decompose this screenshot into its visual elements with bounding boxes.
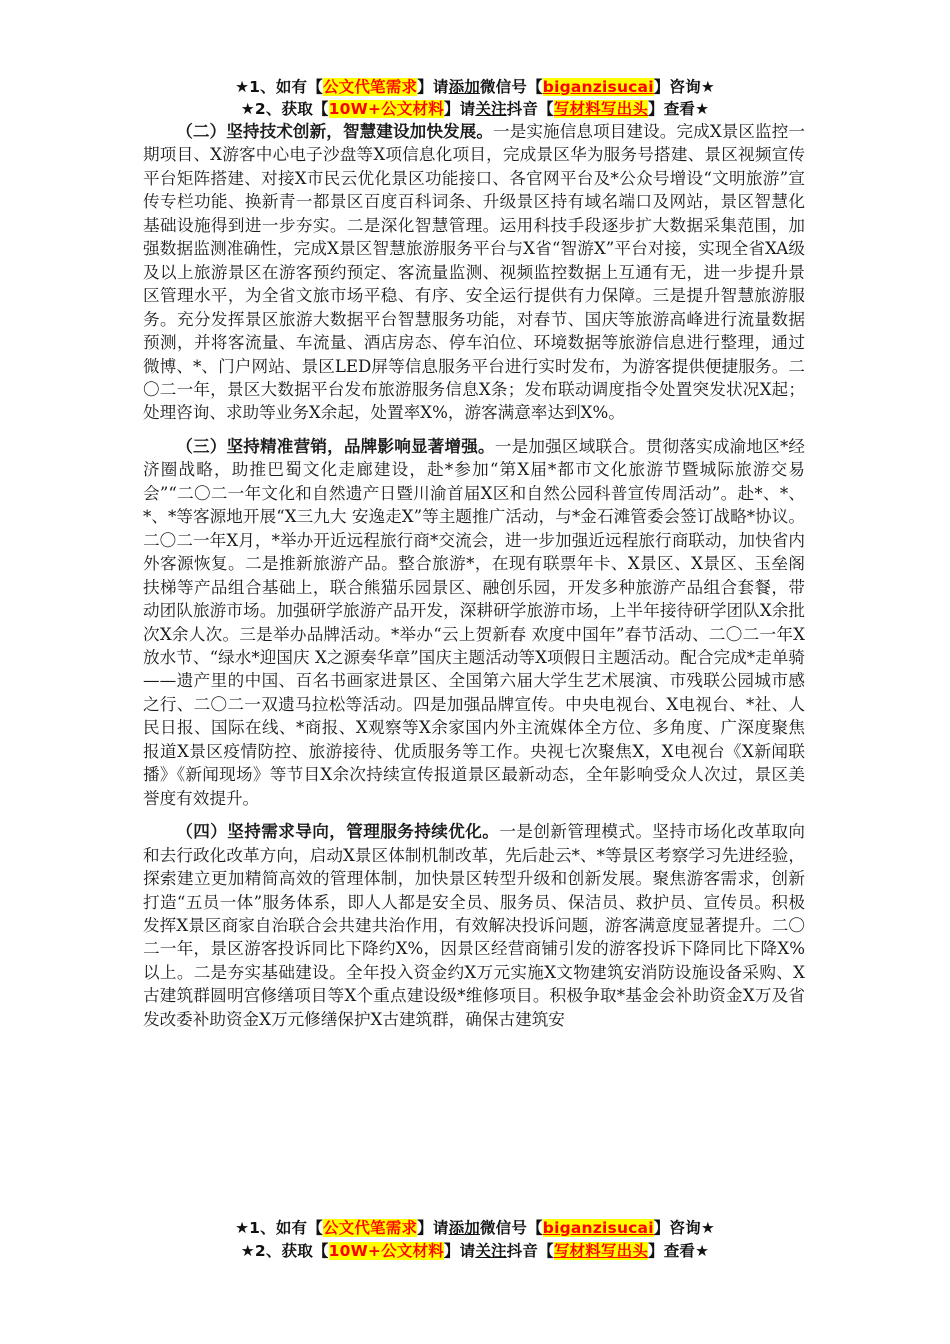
promo-wechat-id[interactable]: biganzisucai [543, 78, 654, 96]
promo-text: 】请 [444, 100, 475, 118]
paragraph-precision-marketing: （三）坚持精准营销，品牌影响显著增强。一是加强区域联合。贯彻落实成渝地区*经济圈… [143, 435, 805, 810]
promo-text: ★1、如有【 [235, 78, 323, 96]
footer-promo-line-2: ★2、获取【10W+公文材料】请关注抖音【写材料写出头】查看★ [0, 1240, 950, 1262]
promo-text: 微信号【 [480, 78, 543, 96]
promo-text: 抖音【 [507, 100, 554, 118]
promo-underlined-follow: 关注 [475, 100, 506, 118]
promo-underlined-add: 添加 [449, 1219, 480, 1237]
paragraph-demand-oriented: （四）坚持需求导向，管理服务持续优化。一是创新管理模式。坚持市场化改革取向和去行… [143, 820, 805, 1031]
promo-underlined-add: 添加 [449, 78, 480, 96]
document-page: ★1、如有【公文代笔需求】请添加微信号【biganzisucai】咨询★ ★2、… [0, 0, 950, 1344]
paragraph-heading: （三）坚持精准营销，品牌影响显著增强。 [176, 437, 495, 456]
promo-text: 】咨询★ [654, 78, 715, 96]
paragraph-heading: （二）坚持技术创新，智慧建设加快发展。 [176, 122, 493, 141]
promo-text: 微信号【 [480, 1219, 543, 1237]
promo-text: 】查看★ [648, 100, 709, 118]
promo-highlight-service: 公文代笔需求 [323, 1219, 417, 1237]
promo-text: 】请 [417, 1219, 448, 1237]
paragraph-tech-innovation: （二）坚持技术创新，智慧建设加快发展。一是实施信息项目建设。完成X景区监控一期项… [143, 120, 805, 425]
promo-text: 抖音【 [507, 1242, 554, 1260]
promo-text: 】查看★ [648, 1242, 709, 1260]
paragraph-heading: （四）坚持需求导向，管理服务持续优化。 [176, 822, 499, 841]
promo-text: 】请 [417, 78, 448, 96]
footer-promo-line-1: ★1、如有【公文代笔需求】请添加微信号【biganzisucai】咨询★ [0, 1217, 950, 1239]
promo-highlight-materials: 10W+公文材料 [329, 100, 444, 118]
promo-text: ★1、如有【 [235, 1219, 323, 1237]
promo-text: 】咨询★ [654, 1219, 715, 1237]
promo-underlined-follow: 关注 [475, 1242, 506, 1260]
promo-highlight-service: 公文代笔需求 [323, 78, 417, 96]
paragraph-text: 一是实施信息项目建设。完成X景区监控一期项目、X游客中心电子沙盘等X项信息化项目… [143, 122, 805, 422]
promo-douyin-id[interactable]: 写材料写出头 [554, 100, 648, 118]
paragraph-text: 一是创新管理模式。坚持市场化改革取向和去行政化改革方向，启动X景区体制机制改革，… [143, 822, 805, 1029]
promo-text: ★2、获取【 [241, 1242, 329, 1260]
promo-douyin-id[interactable]: 写材料写出头 [554, 1242, 648, 1260]
document-body: （二）坚持技术创新，智慧建设加快发展。一是实施信息项目建设。完成X景区监控一期项… [143, 120, 805, 1031]
header-promo-line-2: ★2、获取【10W+公文材料】请关注抖音【写材料写出头】查看★ [0, 98, 950, 120]
promo-highlight-materials: 10W+公文材料 [329, 1242, 444, 1260]
promo-text: ★2、获取【 [241, 100, 329, 118]
promo-text: 】请 [444, 1242, 475, 1260]
header-promo-line-1: ★1、如有【公文代笔需求】请添加微信号【biganzisucai】咨询★ [0, 76, 950, 98]
paragraph-text: 一是加强区域联合。贯彻落实成渝地区*经济圈战略，助推巴蜀文化走廊建设，赴*参加“… [143, 437, 805, 808]
promo-wechat-id[interactable]: biganzisucai [543, 1219, 654, 1237]
